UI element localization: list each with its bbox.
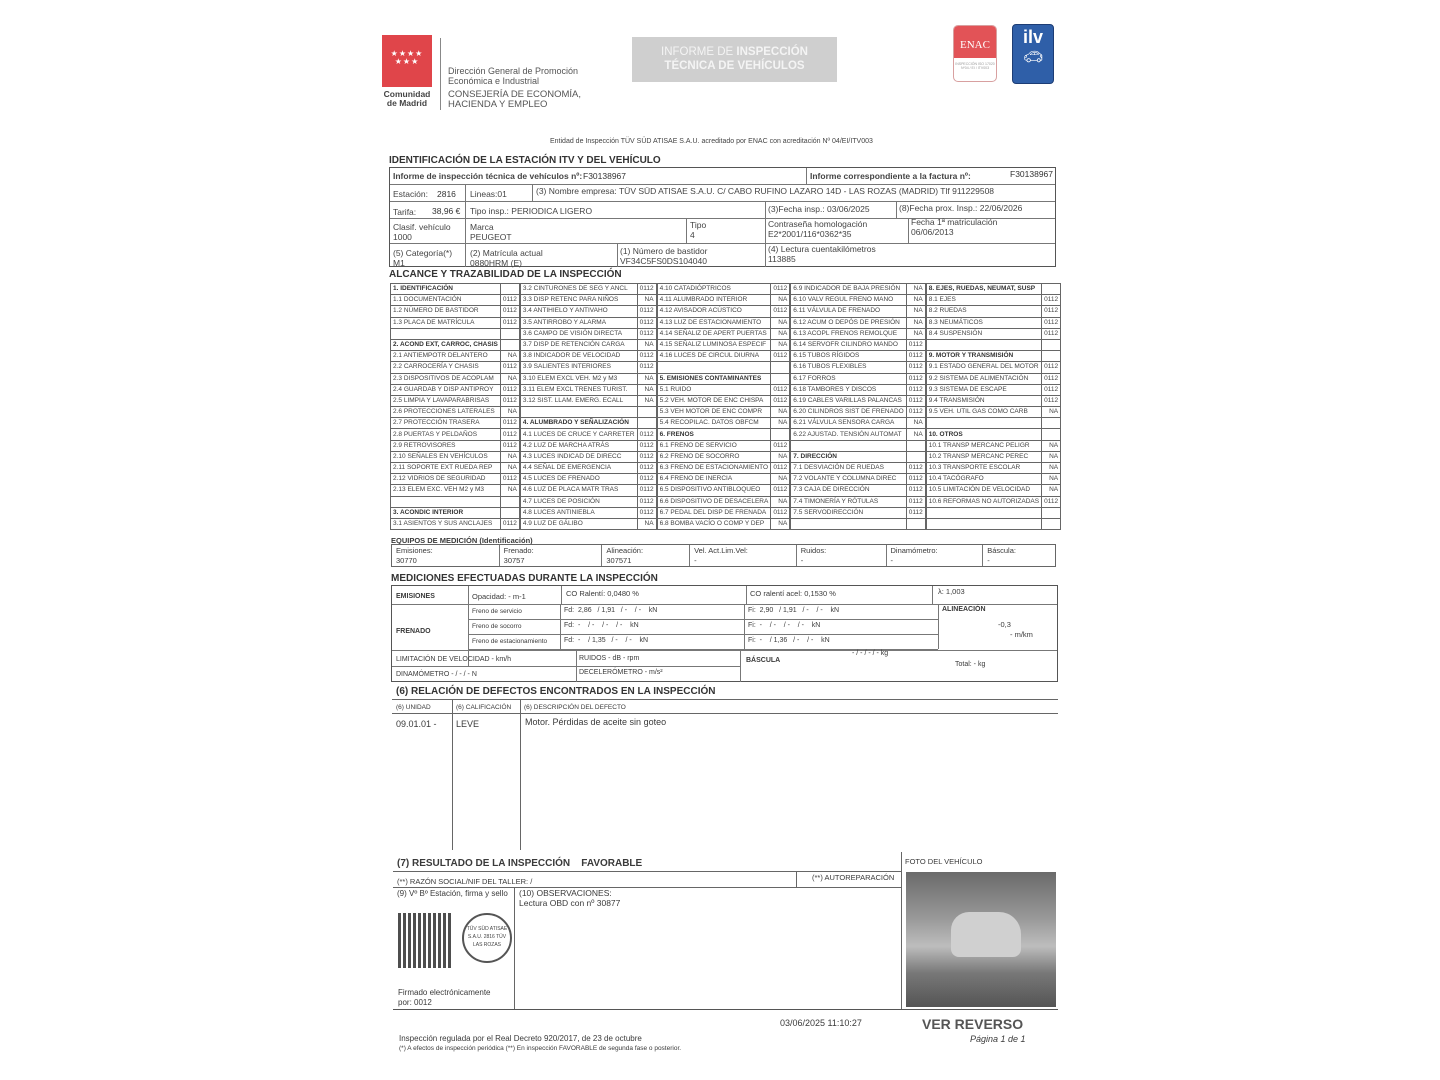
measurements-title: MEDICIONES EFECTUADAS DURANTE LA INSPECC…: [391, 573, 658, 584]
vin: VF34C5FS0DS104040: [620, 256, 707, 266]
scope-item-label: 1.1 DOCUMENTACIÓN: [391, 295, 501, 306]
scope-item-label: 6.9 INDICADOR DE BAJA PRESIÓN: [791, 284, 906, 295]
scope-item-code: 0112: [637, 306, 656, 317]
scope-item-code: 0112: [500, 384, 519, 395]
scope-item-code: NA: [1042, 485, 1061, 496]
scope-row: 5.2 VEH. MOTOR DE ENC CHISPA0112: [657, 395, 790, 406]
scope-row: 2.9 RETROVISORES0112: [391, 440, 520, 451]
scope-item-label: 2.9 RETROVISORES: [391, 440, 501, 451]
scope-item-code: [771, 362, 790, 373]
scope-item-code: [906, 518, 925, 529]
scope-row: 6.17 FORROS0112: [791, 373, 925, 384]
scope-item-code: 0112: [771, 284, 790, 295]
scope-row: 3. ACONDIC INTERIOR: [391, 507, 520, 518]
scope-item-label: 4.10 CATADIÓPTRICOS: [657, 284, 771, 295]
scope-item-code: [1042, 507, 1061, 518]
scope-item-code: [500, 284, 519, 295]
scope-row: 2.13 ELEM EXC. VEH M2 y M3NA: [391, 485, 520, 496]
scope-row: 3.9 SALIENTES INTERIORES0112: [520, 362, 656, 373]
scope-item-label: 7.5 SERVODIRECCIÓN: [791, 507, 906, 518]
scope-item-code: [637, 418, 656, 429]
scope-item-label: 10.2 TRANSP MERCANC PEREC: [926, 451, 1041, 462]
scope-row: 6.7 PEDAL DEL DISP DE FRENADA0112: [657, 507, 790, 518]
scope-row: 9.3 SISTEMA DE ESCAPE0112: [926, 384, 1060, 395]
scope-item-code: NA: [500, 451, 519, 462]
defects-table: (6) UNIDAD (6) CALIFICACIÓN (6) DESCRIPC…: [392, 699, 1058, 850]
scope-item-label: 3.3 DISP RETENC PARA NIÑOS: [520, 295, 637, 306]
scope-item-code: 0112: [500, 429, 519, 440]
scope-item-code: NA: [500, 407, 519, 418]
scope-title: ALCANCE Y TRAZABILIDAD DE LA INSPECCIÓN: [389, 269, 622, 280]
scope-row: 7.5 SERVODIRECCIÓN0112: [791, 507, 925, 518]
org-name: Comunidadde Madrid: [378, 90, 436, 108]
scope-item-label: 4.9 LUZ DE GÁLIBO: [520, 518, 637, 529]
scope-item-label: 2.2 CARROCERÍA Y CHASIS: [391, 362, 501, 373]
scope-item-code: NA: [637, 339, 656, 350]
identification-box: Informe de inspección técnica de vehícul…: [389, 167, 1056, 267]
scope-row: 3.3 DISP RETENC PARA NIÑOSNA: [520, 295, 656, 306]
scope-item-label: 9.4 TRANSMISIÓN: [926, 395, 1041, 406]
scope-item-code: 0112: [500, 317, 519, 328]
scope-item-label: 7.4 TIMONERÍA Y RÓTULAS: [791, 496, 906, 507]
scope-item-code: 0112: [1042, 306, 1061, 317]
scope-item-label: 4.1 LUCES DE CRUCE Y CARRETER: [520, 429, 637, 440]
scope-row: 1.2 NÚMERO DE BASTIDOR0112: [391, 306, 520, 317]
scope-item-label: 3.10 ELEM EXCL VEH. M2 y M3: [520, 373, 637, 384]
scope-row: 2.12 VIDRIOS DE SEGURIDAD0112: [391, 474, 520, 485]
scope-item-label: 4.15 SEÑALIZ LUMINOSA ESPECIF: [657, 339, 771, 350]
scope-row: 6.6 DISPOSITIVO DE DESACELERANA: [657, 496, 790, 507]
scope-row: 9.5 VEH. UTIL GAS COMO CARBNA: [926, 407, 1060, 418]
scope-item-code: 0112: [500, 418, 519, 429]
scope-item-code: 0112: [771, 507, 790, 518]
enac-logo: ENACINSPECCIÓN ISO 17020 Nº04 / EI / ITV…: [953, 25, 997, 82]
identification-title: IDENTIFICACIÓN DE LA ESTACIÓN ITV Y DEL …: [389, 155, 661, 166]
scope-row: 3.12 SIST. LLAM. EMERG. ECALLNA: [520, 395, 656, 406]
scope-row: [791, 518, 925, 529]
scope-item-label: 3.12 SIST. LLAM. EMERG. ECALL: [520, 395, 637, 406]
scope-item-label: 3.4 ANTIHIELO Y ANTIVAHO: [520, 306, 637, 317]
scope-row: 5.4 RECOPILAC. DATOS OBFCMNA: [657, 418, 790, 429]
scope-item-code: 0112: [906, 496, 925, 507]
scope-row: 3.10 ELEM EXCL VEH. M2 y M3NA: [520, 373, 656, 384]
scope-item-code: NA: [637, 395, 656, 406]
scope-item-code: 0112: [500, 395, 519, 406]
scope-item-label: 4.3 LUCES INDICAD DE DIRECC: [520, 451, 637, 462]
scope-item-code: 0112: [906, 362, 925, 373]
inspection-date: (3)Fecha insp.: 03/06/2025: [768, 204, 870, 214]
scope-row: 6.4 FRENO DE INERCIANA: [657, 474, 790, 485]
scope-row: 2.8 PUERTAS Y PELDAÑOS0112: [391, 429, 520, 440]
scope-item-code: NA: [906, 429, 925, 440]
scope-row: 10.3 TRANSPORTE ESCOLARNA: [926, 463, 1060, 474]
scope-row: 3.4 ANTIHIELO Y ANTIVAHO0112: [520, 306, 656, 317]
scope-item-code: 0112: [637, 496, 656, 507]
result-title: (7) RESULTADO DE LA INSPECCIÓN FAVORABLE: [397, 858, 642, 869]
scope-item-code: 0112: [771, 440, 790, 451]
scope-item-code: NA: [771, 418, 790, 429]
scope-item-code: [906, 451, 925, 462]
scope-item-label: 3. ACONDIC INTERIOR: [391, 507, 501, 518]
scope-item-code: 0112: [771, 384, 790, 395]
scope-row: 6.9 INDICADOR DE BAJA PRESIÓNNA: [791, 284, 925, 295]
scope-row: 6.22 AJUSTAD. TENSIÓN AUTOMATNA: [791, 429, 925, 440]
scope-row: [657, 362, 790, 373]
scope-row: 8. EJES, RUEDAS, NEUMAT, SUSP: [926, 284, 1060, 295]
scope-item-label: 2.13 ELEM EXC. VEH M2 y M3: [391, 485, 501, 496]
scope-row: 6.5 DISPOSITIVO ANTIBLOQUEO0112: [657, 485, 790, 496]
scope-item-code: NA: [637, 373, 656, 384]
scope-item-code: [771, 373, 790, 384]
equipment-item: Alineación:307571: [602, 545, 690, 566]
scope-row: 6.15 TUBOS RÍGIDOS0112: [791, 351, 925, 362]
scope-item-label: 9. MOTOR Y TRANSMISIÓN: [926, 351, 1041, 362]
scope-item-label: [926, 518, 1041, 529]
scope-item-code: 0112: [500, 474, 519, 485]
scope-item-code: NA: [500, 485, 519, 496]
scope-item-label: 1.2 NÚMERO DE BASTIDOR: [391, 306, 501, 317]
scope-item-code: 0112: [500, 440, 519, 451]
scope-item-label: 4.14 SEÑALIZ DE APERT PUERTAS: [657, 328, 771, 339]
scope-row: 4.11 ALUMBRADO INTERIORNA: [657, 295, 790, 306]
scope-item-code: NA: [1042, 463, 1061, 474]
tariff: 38,96 €: [432, 206, 460, 216]
scope-item-code: 0112: [637, 328, 656, 339]
scope-item-label: 2.8 PUERTAS Y PELDAÑOS: [391, 429, 501, 440]
scope-item-label: 3.2 CINTURONES DE SEG Y ANCL: [520, 284, 637, 295]
scope-item-label: 6.1 FRENO DE SERVICIO: [657, 440, 771, 451]
scope-row: 10.2 TRANSP MERCANC PERECNA: [926, 451, 1060, 462]
scope-item-label: 6.21 VÁLVULA SENSORA CARGA: [791, 418, 906, 429]
scope-item-code: 0112: [906, 507, 925, 518]
scope-item-code: NA: [906, 295, 925, 306]
scope-item-label: 2. ACOND EXT, CARROC, CHASIS: [391, 339, 501, 350]
equipment-item: Vel. Act.Lim.Vel:-: [690, 545, 797, 566]
scope-row: 1. IDENTIFICACIÓN: [391, 284, 520, 295]
scope-row: 6.10 VALV REGUL FRENO MANONA: [791, 295, 925, 306]
brake-row: [468, 604, 938, 620]
equipment-item: Báscula:-: [983, 545, 1055, 566]
scope-item-code: [500, 496, 519, 507]
scope-item-label: 6.4 FRENO DE INERCIA: [657, 474, 771, 485]
scope-row: 5.1 RUIDO0112: [657, 384, 790, 395]
scope-item-label: 7.2 VOLANTE Y COLUMNA DIREC: [791, 474, 906, 485]
scope-item-label: 4.12 AVISADOR ACÚSTICO: [657, 306, 771, 317]
divider: [440, 38, 441, 110]
scope-row: 6.11 VÁLVULA DE FRENADONA: [791, 306, 925, 317]
scope-item-code: [906, 440, 925, 451]
scope-item-label: 6.5 DISPOSITIVO ANTIBLOQUEO: [657, 485, 771, 496]
scope-row: 3.11 ELEM EXCL TRENES TURIST.NA: [520, 384, 656, 395]
scope-item-label: 9.3 SISTEMA DE ESCAPE: [926, 384, 1041, 395]
scope-item-label: 6.17 FORROS: [791, 373, 906, 384]
scope-item-label: 6.8 BOMBA VACÍO O COMP Y DEP: [657, 518, 771, 529]
self-repair: (**) AUTOREPARACIÓN: [812, 873, 894, 882]
measurements-box: EMISIONES Opacidad: - m-1 CO Ralentí: 0,…: [391, 585, 1058, 682]
scope-row: 3.8 INDICADOR DE VELOCIDAD0112: [520, 351, 656, 362]
scope-row: 2.2 CARROCERÍA Y CHASIS0112: [391, 362, 520, 373]
scope-row: 4.1 LUCES DE CRUCE Y CARRETER0112: [520, 429, 656, 440]
scope-item-code: 0112: [906, 351, 925, 362]
defect-rating: LEVE: [456, 719, 479, 729]
scope-item-label: 8.1 EJES: [926, 295, 1041, 306]
scope-row: 10.6 REFORMAS NO AUTORIZADAS0112: [926, 496, 1060, 507]
scope-row: 8.1 EJES0112: [926, 295, 1060, 306]
scope-item-code: 0112: [637, 463, 656, 474]
scope-row: 4.7 LUCES DE POSICIÓN0112: [520, 496, 656, 507]
scope-item-label: 6.15 TUBOS RÍGIDOS: [791, 351, 906, 362]
scope-item-label: [926, 507, 1041, 518]
scope-item-label: 4.6 LUZ DE PLACA MATR TRAS: [520, 485, 637, 496]
scope-row: 6.20 CILINDROS SIST DE FRENADO0112: [791, 407, 925, 418]
scope-item-code: 0112: [906, 339, 925, 350]
scope-item-label: 10.1 TRANSP MERCANC PELIGR: [926, 440, 1041, 451]
regulation-note: Inspección regulada por el Real Decreto …: [399, 1034, 642, 1043]
scope-item-label: 3.9 SALIENTES INTERIORES: [520, 362, 637, 373]
scope-item-label: 3.1 ASIENTOS Y SUS ANCLAJES: [391, 518, 501, 529]
scope-column: 4.10 CATADIÓPTRICOS01124.11 ALUMBRADO IN…: [657, 283, 791, 530]
scope-item-code: NA: [906, 418, 925, 429]
scope-row: 8.2 RUEDAS0112: [926, 306, 1060, 317]
scope-row: 3.6 CAMPO DE VISIÓN DIRECTA0112: [520, 328, 656, 339]
scope-item-code: 0112: [637, 507, 656, 518]
scope-item-label: 9.5 VEH. UTIL GAS COMO CARB: [926, 407, 1041, 418]
scope-item-label: 8. EJES, RUEDAS, NEUMAT, SUSP: [926, 284, 1041, 295]
scope-row: 4.12 AVISADOR ACÚSTICO0112: [657, 306, 790, 317]
scope-item-code: [500, 328, 519, 339]
scope-row: 2.10 SEÑALES EN VEHÍCULOSNA: [391, 451, 520, 462]
scope-item-label: 8.3 NEUMÁTICOS: [926, 317, 1041, 328]
scope-row: 6.13 ACOPL FRENOS REMOLQUENA: [791, 328, 925, 339]
scope-item-label: 2.11 SOPORTE EXT RUEDA REP: [391, 463, 501, 474]
scope-item-code: 0112: [906, 395, 925, 406]
scope-item-code: NA: [906, 284, 925, 295]
scope-item-label: 10.5 LIMITACIÓN DE VELOCIDAD: [926, 485, 1041, 496]
scope-item-label: 6.14 SERVOFR CILINDRO MANDO: [791, 339, 906, 350]
workshop-info: (**) RAZÓN SOCIAL/NIF DEL TALLER: /: [397, 877, 532, 886]
scope-row: 7.4 TIMONERÍA Y RÓTULAS0112: [791, 496, 925, 507]
scope-row: 10.5 LIMITACIÓN DE VELOCIDADNA: [926, 485, 1060, 496]
scope-item-label: 1.3 PLACA DE MATRÍCULA: [391, 317, 501, 328]
scope-item-code: 0112: [500, 362, 519, 373]
entity-line: Entidad de Inspección TÜV SÜD ATISAE S.A…: [550, 138, 873, 145]
scope-item-code: NA: [1042, 440, 1061, 451]
scope-item-code: [1042, 429, 1061, 440]
scope-row: 6.14 SERVOFR CILINDRO MANDO0112: [791, 339, 925, 350]
scope-item-label: 6.7 PEDAL DEL DISP DE FRENADA: [657, 507, 771, 518]
scope-row: 4.5 LUCES DE FRENADO0112: [520, 474, 656, 485]
scope-grid: 1. IDENTIFICACIÓN1.1 DOCUMENTACIÓN01121.…: [390, 283, 1056, 530]
scope-item-label: 2.7 PROTECCIÓN TRASERA: [391, 418, 501, 429]
page-indicator: Página 1 de 1: [970, 1034, 1026, 1044]
equipment-item: Dinamómetro:-: [887, 545, 984, 566]
scope-item-label: 2.3 DISPOSITIVOS DE ACOPLAM: [391, 373, 501, 384]
scope-row: 1.3 PLACA DE MATRÍCULA0112: [391, 317, 520, 328]
scope-item-code: 0112: [500, 518, 519, 529]
scope-row: 4.15 SEÑALIZ LUMINOSA ESPECIFNA: [657, 339, 790, 350]
scope-row: 7.2 VOLANTE Y COLUMNA DIREC0112: [791, 474, 925, 485]
scope-row: 9.2 SISTEMA DE ALIMENTACIÓN0112: [926, 373, 1060, 384]
scope-row: 4.8 LUCES ANTINIEBLA0112: [520, 507, 656, 518]
scope-row: 9.4 TRANSMISIÓN0112: [926, 395, 1060, 406]
scope-item-code: NA: [500, 463, 519, 474]
scope-item-label: 2.6 PROTECCIONES LATERALES: [391, 407, 501, 418]
scope-item-label: 6.10 VALV REGUL FRENO MANO: [791, 295, 906, 306]
scope-item-code: [500, 507, 519, 518]
qr-code: [398, 913, 453, 968]
scope-item-code: 0112: [637, 429, 656, 440]
scope-item-code: 0112: [906, 485, 925, 496]
scope-item-label: 1. IDENTIFICACIÓN: [391, 284, 501, 295]
scope-item-code: 0112: [637, 474, 656, 485]
ilv-logo: ilv🚗︎: [1012, 24, 1054, 84]
scope-item-label: 8.2 RUEDAS: [926, 306, 1041, 317]
scope-row: [391, 328, 520, 339]
scope-item-label: 3.11 ELEM EXCL TRENES TURIST.: [520, 384, 637, 395]
scope-item-label: 2.10 SEÑALES EN VEHÍCULOS: [391, 451, 501, 462]
scope-row: 7.1 DESVIACIÓN DE RUEDAS0112: [791, 463, 925, 474]
scope-item-label: 4.4 SEÑAL DE EMERGENCIA: [520, 463, 637, 474]
scope-item-label: 2.1 ANTIEMPOTR DELANTERO: [391, 351, 501, 362]
scope-item-label: 10.6 REFORMAS NO AUTORIZADAS: [926, 496, 1041, 507]
scope-item-code: NA: [500, 373, 519, 384]
scope-row: 2.4 GUARDAB Y DISP ANTIPROY0112: [391, 384, 520, 395]
scope-row: 4.3 LUCES INDICAD DE DIRECC0112: [520, 451, 656, 462]
scope-item-label: [926, 418, 1041, 429]
scope-item-code: 0112: [637, 351, 656, 362]
signed-by: Firmado electrónicamentepor: 0012: [398, 988, 490, 1008]
scope-item-label: 6.11 VÁLVULA DE FRENADO: [791, 306, 906, 317]
equipment-row: Emisiones:30770Frenado:30757Alineación:3…: [391, 544, 1056, 567]
scope-item-code: 0112: [1042, 496, 1061, 507]
scope-row: [926, 339, 1060, 350]
scope-row: 6.1 FRENO DE SERVICIO0112: [657, 440, 790, 451]
inspection-type: PERIODICA LIGERO: [511, 206, 592, 216]
scope-row: 7.3 CAJA DE DIRECCIÓN0112: [791, 485, 925, 496]
scope-row: 3.2 CINTURONES DE SEG Y ANCL0112: [520, 284, 656, 295]
scope-item-code: 0112: [771, 485, 790, 496]
scope-item-code: 0112: [1042, 362, 1061, 373]
scope-item-code: 0112: [1042, 373, 1061, 384]
scope-item-label: 6.3 FRENO DE ESTACIONAMIENTO: [657, 463, 771, 474]
scope-item-label: 10.4 TACÓGRAFO: [926, 474, 1041, 485]
scope-item-code: 0112: [771, 463, 790, 474]
scope-item-label: 5.3 VEH MOTOR DE ENC COMPR: [657, 407, 771, 418]
scope-item-code: NA: [771, 339, 790, 350]
vehicle-photo: [906, 872, 1056, 1007]
directorate-name: Dirección General de PromociónEconómica …: [448, 66, 578, 86]
scope-item-code: 0112: [1042, 395, 1061, 406]
scope-item-label: 5.4 RECOPILAC. DATOS OBFCM: [657, 418, 771, 429]
scope-item-code: NA: [771, 474, 790, 485]
scope-item-code: 0112: [637, 485, 656, 496]
scope-item-label: [657, 362, 771, 373]
scope-item-code: 0112: [637, 284, 656, 295]
scope-row: 6.16 TUBOS FLEXIBLES0112: [791, 362, 925, 373]
scope-column: 8. EJES, RUEDAS, NEUMAT, SUSP8.1 EJES011…: [926, 283, 1061, 530]
scope-item-code: NA: [771, 295, 790, 306]
scope-row: [926, 518, 1060, 529]
scope-row: 6.12 ACUM O DEPÓS DE PRESIÓNNA: [791, 317, 925, 328]
scope-item-label: 7.1 DESVIACIÓN DE RUEDAS: [791, 463, 906, 474]
scope-row: 6.8 BOMBA VACÍO O COMP Y DEPNA: [657, 518, 790, 529]
scope-row: 6.3 FRENO DE ESTACIONAMIENTO0112: [657, 463, 790, 474]
scope-row: 5. EMISIONES CONTAMINANTES: [657, 373, 790, 384]
scope-item-label: 5.2 VEH. MOTOR DE ENC CHISPA: [657, 395, 771, 406]
scope-item-code: 0112: [906, 474, 925, 485]
license-plate: 0880HRM (E): [470, 258, 522, 268]
scope-row: 2. ACOND EXT, CARROC, CHASIS: [391, 339, 520, 350]
scope-row: 8.4 SUSPENSIÓN0112: [926, 328, 1060, 339]
scope-item-code: 0112: [906, 407, 925, 418]
scope-item-code: 0112: [771, 351, 790, 362]
scope-item-label: 9.2 SISTEMA DE ALIMENTACIÓN: [926, 373, 1041, 384]
scope-item-label: 4.16 LUCES DE CIRCUL DIURNA: [657, 351, 771, 362]
scope-row: 2.1 ANTIEMPOTR DELANTERONA: [391, 351, 520, 362]
scope-row: 7. DIRECCIÓN: [791, 451, 925, 462]
scope-row: 4.2 LUZ DE MARCHA ATRÁS0112: [520, 440, 656, 451]
scope-row: 4.9 LUZ DE GÁLIBONA: [520, 518, 656, 529]
scope-item-code: [1042, 418, 1061, 429]
scope-item-label: 3.5 ANTIRROBO Y ALARMA: [520, 317, 637, 328]
scope-item-label: 6.6 DISPOSITIVO DE DESACELERA: [657, 496, 771, 507]
scope-row: 4. ALUMBRADO Y SEÑALIZACIÓN: [520, 418, 656, 429]
scope-item-label: 8.4 SUSPENSIÓN: [926, 328, 1041, 339]
scope-row: [391, 496, 520, 507]
scope-item-label: 6.16 TUBOS FLEXIBLES: [791, 362, 906, 373]
scope-row: 6.19 CABLES VARILLAS PALANCAS0112: [791, 395, 925, 406]
company-info: (3) Nombre empresa: TÜV SÜD ATISAE S.A.U…: [536, 186, 994, 196]
scope-item-code: NA: [1042, 451, 1061, 462]
scope-item-label: 6.20 CILINDROS SIST DE FRENADO: [791, 407, 906, 418]
footnote: (*) A efectos de inspección periódica (*…: [399, 1045, 681, 1052]
scope-item-label: 9.1 ESTADO GENERAL DEL MOTOR: [926, 362, 1041, 373]
scope-row: 6.2 FRENO DE SOCORRONA: [657, 451, 790, 462]
scope-row: 4.4 SEÑAL DE EMERGENCIA0112: [520, 463, 656, 474]
scope-item-label: 4.13 LUZ DE ESTACIONAMIENTO: [657, 317, 771, 328]
scope-item-code: 0112: [637, 451, 656, 462]
scope-item-code: 0112: [637, 440, 656, 451]
consejeria-name: CONSEJERÍA DE ECONOMÍA,HACIENDA Y EMPLEO: [448, 90, 581, 110]
scope-item-code: NA: [637, 295, 656, 306]
scope-item-label: 4.5 LUCES DE FRENADO: [520, 474, 637, 485]
scope-row: 4.10 CATADIÓPTRICOS0112: [657, 284, 790, 295]
scope-item-label: 5. EMISIONES CONTAMINANTES: [657, 373, 771, 384]
scope-item-code: NA: [771, 518, 790, 529]
scope-item-label: 6. FRENOS: [657, 429, 771, 440]
scope-item-code: [1042, 351, 1061, 362]
photo-label: FOTO DEL VEHÍCULO: [905, 857, 983, 866]
report-banner: INFORME DE INSPECCIÓNTÉCNICA DE VEHÍCULO…: [632, 37, 837, 82]
scope-item-label: 10. OTROS: [926, 429, 1041, 440]
scope-item-code: 0112: [500, 306, 519, 317]
scope-item-code: NA: [906, 306, 925, 317]
scope-row: 3.7 DISP DE RETENCIÓN CARGANA: [520, 339, 656, 350]
observations: (10) OBSERVACIONES:Lectura OBD con nº 30…: [519, 888, 620, 908]
scope-item-code: 0112: [771, 306, 790, 317]
scope-item-code: NA: [771, 496, 790, 507]
scope-item-code: NA: [500, 351, 519, 362]
scope-item-label: [520, 407, 637, 418]
scope-item-code: 0112: [906, 384, 925, 395]
scope-item-label: 2.12 VIDRIOS DE SEGURIDAD: [391, 474, 501, 485]
scope-column: 6.9 INDICADOR DE BAJA PRESIÓNNA6.10 VALV…: [790, 283, 925, 530]
scope-item-label: 2.5 LIMPIA Y LAVAPARABRISAS: [391, 395, 501, 406]
scope-item-code: NA: [1042, 474, 1061, 485]
brand: PEUGEOT: [470, 232, 512, 242]
scope-item-label: 4. ALUMBRADO Y SEÑALIZACIÓN: [520, 418, 637, 429]
see-reverse: VER REVERSO: [922, 1016, 1023, 1032]
